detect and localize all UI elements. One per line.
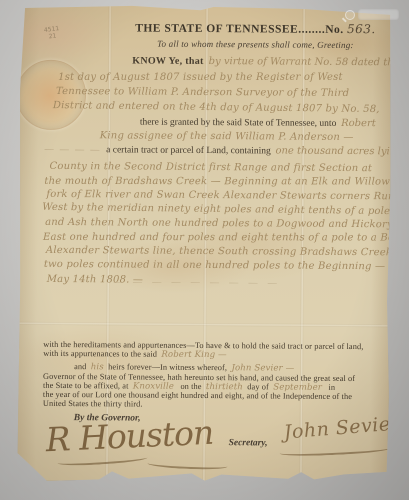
governor-name-hw: John Sevier — — [231, 363, 294, 373]
description-line: West by the meridian ninety eight poles … — [42, 202, 409, 218]
pencil-docket-note: 4511 21 — [44, 25, 61, 41]
photograph-background: 4511 21 THE STATE OF TENNESSEE........No… — [0, 0, 409, 500]
signature-flourish — [279, 444, 389, 457]
land-grant-document: 4511 21 THE STATE OF TENNESSEE........No… — [17, 4, 391, 484]
description-line: the mouth of Bradshaws Creek — Beginning… — [44, 176, 409, 188]
habendum-line-2: with its appurtenances to the said Rober… — [43, 349, 227, 360]
horizontal-fold-crease — [18, 322, 389, 328]
warrant-recital-hw-2: 1st day of August 1807 issued by the Reg… — [58, 72, 343, 83]
grantee-name-hw: Robert — [341, 118, 376, 129]
know-ye-label: KNOW Ye, that — [132, 55, 203, 66]
affixed-end: in — [329, 383, 336, 392]
description-line: fork of Elk river and Swan Creek Alexand… — [46, 189, 409, 203]
witness-mid: heirs forever—In witness whereof, — [108, 362, 227, 372]
warrant-recital-hw-3: Tennessee to William P. Anderson Surveyo… — [56, 86, 349, 99]
containing-clause: — — — — a certain tract or parcel of Lan… — [45, 144, 409, 158]
salutation: To all to whom these presents shall come… — [124, 38, 386, 50]
witness-pre: and — [74, 362, 86, 371]
governor-signature: John Sevier — [283, 412, 401, 443]
affixed-mid2: day of — [247, 382, 269, 391]
magnifier-icon — [345, 10, 355, 20]
document-title: THE STATE OF TENNESSEE........No. 563. — [124, 20, 386, 36]
grant-number: 563. — [347, 22, 376, 36]
containing-label: a certain tract or parcel of Land, conta… — [106, 145, 271, 156]
grantee-name-2-hw: Robert King — — [161, 350, 226, 360]
number-label: No. — [325, 24, 344, 36]
title-text: THE STATE OF TENNESSEE — [135, 23, 298, 36]
affixed-mid: on the — [180, 382, 201, 391]
warrant-recital-hw-1: by virtue of Warrant No. 58 dated the — [209, 56, 400, 68]
heirs-hw: his — [91, 362, 104, 372]
secretary-signature: R Houston — [45, 413, 214, 460]
habendum-line-2-label: with its appurtenances to the said — [43, 349, 157, 359]
margin-dashes: — — — — — [45, 144, 102, 154]
description-line: East one hundred and four poles and eigh… — [43, 232, 409, 244]
granted-label: there is granted by the said State of Te… — [140, 118, 337, 129]
zoom-control-watermark[interactable] — [345, 7, 399, 22]
faint-dash-row: — — — — — — — — — — [114, 276, 281, 287]
description-line: two poles continued in all one hundred p… — [44, 259, 409, 273]
description-line: Alexander Stewarts line, thence South cr… — [46, 245, 409, 259]
description-line: County in the Second District first Rang… — [49, 161, 372, 174]
granted-clause: there is granted by the said State of Te… — [140, 117, 376, 130]
know-ye-line: KNOW Ye, that by virtue of Warrant No. 5… — [132, 55, 399, 68]
acreage-hw: one thousand acres lying in — [275, 145, 409, 157]
assignee-line-hw: King assignee of the said William P. And… — [100, 130, 354, 143]
secretary-label: Secretary, — [229, 438, 268, 448]
description-line: and Ash then North one hundred poles to … — [45, 217, 409, 231]
title-dots: ........ — [298, 24, 325, 36]
signature-flourish — [147, 459, 227, 470]
testimonium-line-4: United States the thirty third. — [43, 399, 143, 409]
warrant-recital-hw-4: District and entered on the 4th day of A… — [53, 100, 380, 115]
watermark-label-pill — [358, 9, 399, 20]
